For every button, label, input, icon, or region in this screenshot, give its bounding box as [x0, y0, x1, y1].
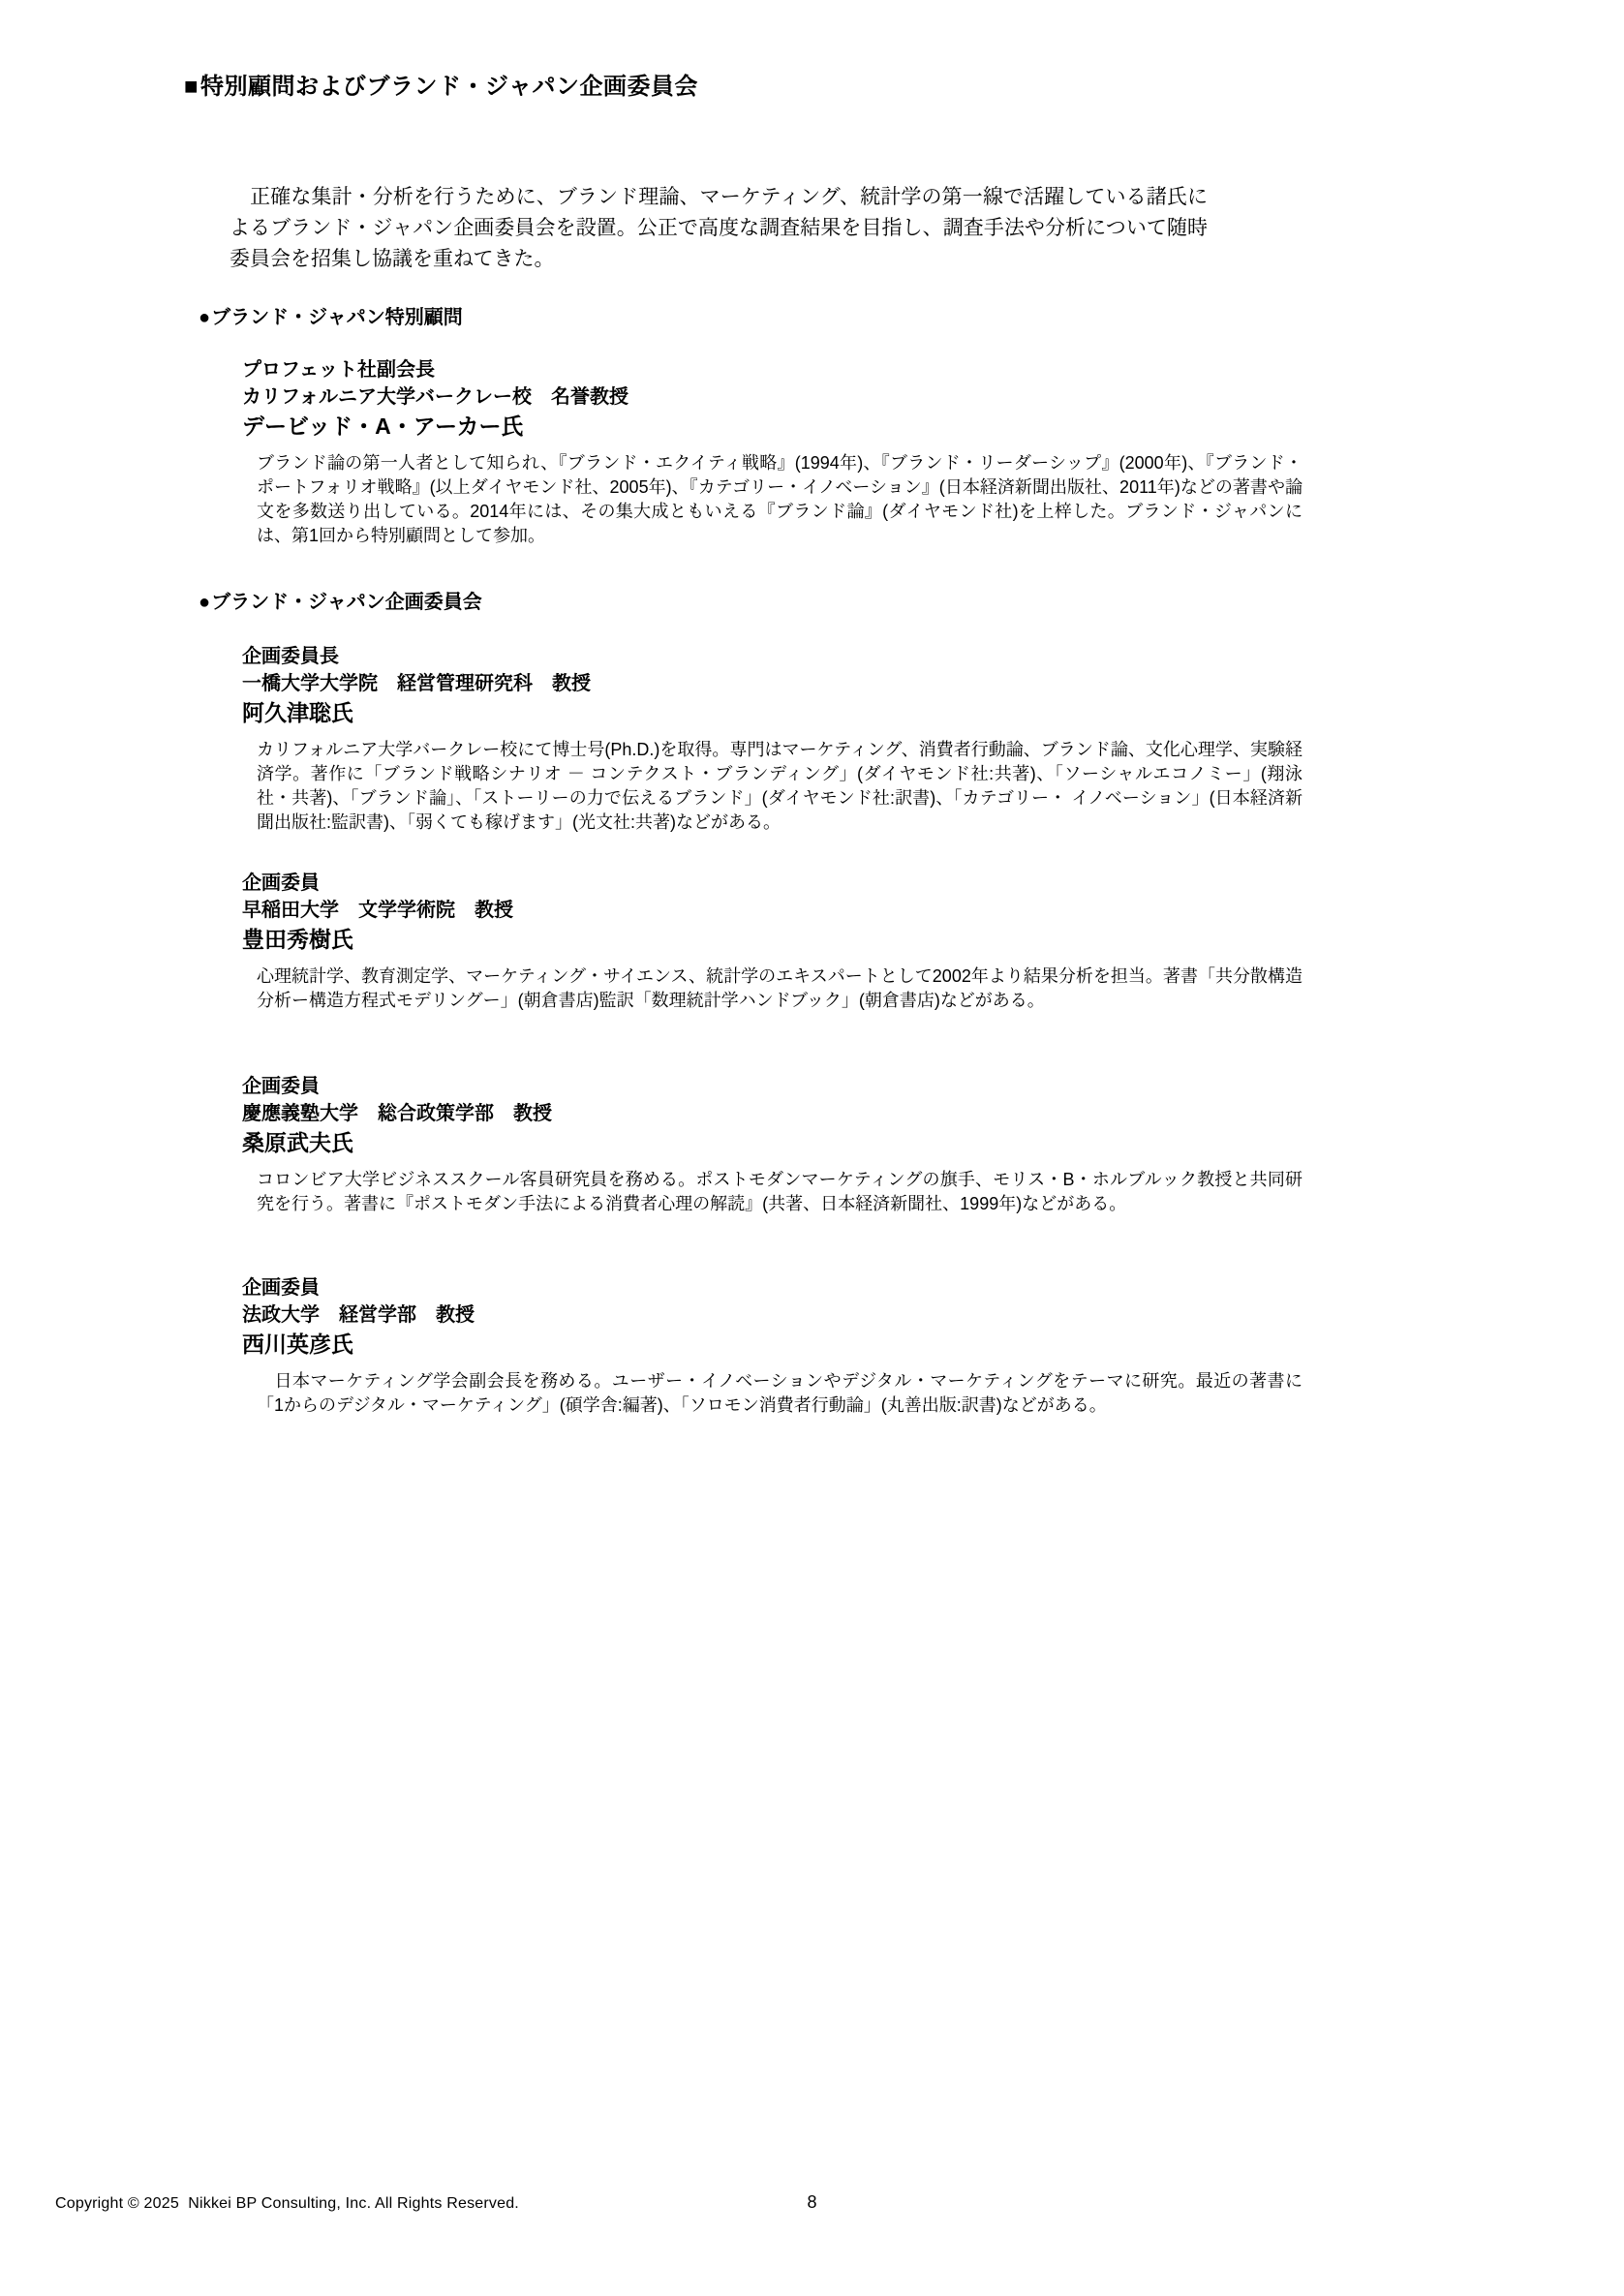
document-page: ■特別顧問およびブランド・ジャパン企画委員会 正確な集計・分析を行うために、ブラ…	[0, 0, 1624, 2296]
page-number: 8	[0, 2192, 1624, 2212]
member-affiliation: 早稲田大学 文学学術院 教授	[242, 897, 1624, 924]
member-profile-akutsu: 企画委員長 一橋大学大学院 経営管理研究科 教授 阿久津聡氏 カリフォルニア大学…	[242, 643, 1624, 835]
page-title-text: 特別顧問およびブランド・ジャパン企画委員会	[200, 74, 698, 100]
member-name: 豊田秀樹氏	[242, 926, 1624, 953]
member-bio: カリフォルニア大学バークレー校にて博士号(Ph.D.)を取得。専門はマーケティン…	[257, 738, 1302, 835]
square-bullet-icon: ■	[184, 74, 199, 100]
member-profile-aaker: プロフェット社副会長 カリフォルニア大学バークレー校 名誉教授 デービッド・A・…	[242, 356, 1624, 548]
member-affiliation: 慶應義塾大学 総合政策学部 教授	[242, 1100, 1624, 1127]
member-name: デービッド・A・アーカー氏	[242, 413, 1624, 440]
member-bio: コロンビア大学ビジネススクール客員研究員を務める。ポストモダンマーケティングの旗…	[257, 1168, 1302, 1216]
page-title: ■特別顧問およびブランド・ジャパン企画委員会	[184, 73, 1624, 101]
member-name: 桑原武夫氏	[242, 1129, 1624, 1156]
circle-bullet-icon: ●	[199, 592, 210, 613]
member-affiliation: 一橋大学大学院 経営管理研究科 教授	[242, 670, 1624, 697]
circle-bullet-icon: ●	[199, 307, 210, 328]
member-role: 企画委員	[242, 1073, 1624, 1100]
member-role: 企画委員長	[242, 643, 1624, 670]
member-bio: ブランド論の第一人者として知られ、『ブランド・エクイティ戦略』(1994年)、『…	[257, 451, 1302, 548]
member-role: プロフェット社副会長	[242, 356, 1624, 383]
section-planning-committee: ●ブランド・ジャパン企画委員会 企画委員長 一橋大学大学院 経営管理研究科 教授…	[0, 591, 1624, 1418]
section-heading-text: ブランド・ジャパン特別顧問	[211, 307, 463, 328]
member-profile-kuwahara: 企画委員 慶應義塾大学 総合政策学部 教授 桑原武夫氏 コロンビア大学ビジネスス…	[242, 1073, 1624, 1216]
member-profile-nishikawa: 企画委員 法政大学 経営学部 教授 西川英彦氏 日本マーケティング学会副会長を務…	[242, 1274, 1624, 1418]
section-heading-text: ブランド・ジャパン企画委員会	[211, 592, 482, 613]
member-bio: 心理統計学、教育測定学、マーケティング・サイエンス、統計学のエキスパートとして2…	[257, 964, 1302, 1013]
member-affiliation: 法政大学 経営学部 教授	[242, 1301, 1624, 1329]
member-role: 企画委員	[242, 870, 1624, 897]
section-heading-planning-committee: ●ブランド・ジャパン企画委員会	[199, 591, 1624, 614]
member-name: 阿久津聡氏	[242, 699, 1624, 726]
member-name: 西川英彦氏	[242, 1331, 1624, 1358]
section-heading-special-advisor: ●ブランド・ジャパン特別顧問	[199, 306, 1624, 329]
member-profile-toyoda: 企画委員 早稲田大学 文学学術院 教授 豊田秀樹氏 心理統計学、教育測定学、マー…	[242, 870, 1624, 1013]
section-special-advisor: ●ブランド・ジャパン特別顧問 プロフェット社副会長 カリフォルニア大学バークレー…	[0, 306, 1624, 548]
intro-paragraph: 正確な集計・分析を行うために、ブランド理論、マーケティング、統計学の第一線で活躍…	[230, 182, 1208, 275]
member-bio: 日本マーケティング学会副会長を務める。ユーザー・イノベーションやデジタル・マーケ…	[257, 1369, 1302, 1418]
member-role: 企画委員	[242, 1274, 1624, 1301]
member-affiliation: カリフォルニア大学バークレー校 名誉教授	[242, 383, 1624, 411]
